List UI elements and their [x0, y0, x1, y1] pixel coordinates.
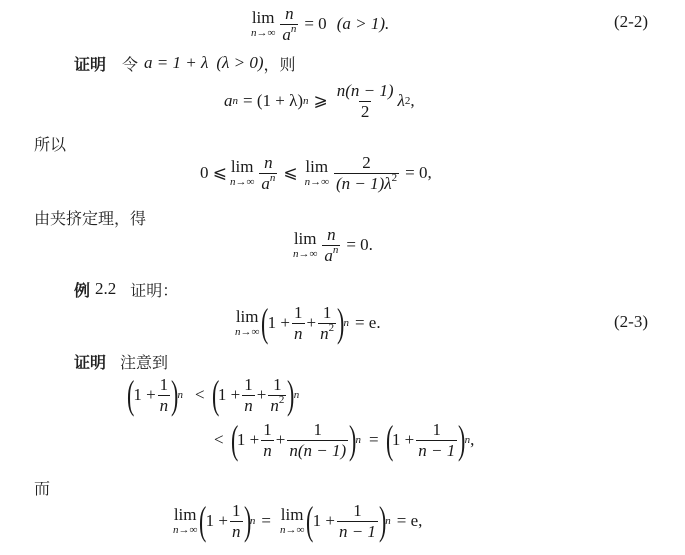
proof-label: 证明	[74, 52, 106, 75]
fraction: n(n − 1)2	[335, 82, 396, 121]
condition: (a > 1).	[337, 14, 390, 34]
equation-chain-line-2: < ( 1 + 1n + 1n(n − 1) )n = ( 1 + 1n − 1…	[214, 414, 474, 466]
text-therefore: 所以	[34, 132, 66, 155]
equation-2-2: limn→∞ nan = 0 (a > 1).	[248, 2, 389, 46]
example-2-2-heading: 例 2.2 证明：	[74, 278, 178, 300]
equation-final: limn→∞ ( 1 + 1n )n = limn→∞ ( 1 + 1n − 1…	[170, 494, 422, 548]
equation-binomial: an = (1 + λ)n ⩾ n(n − 1)2 λ2 ,	[224, 76, 415, 126]
equation-result: limn→∞ nan = 0.	[290, 222, 373, 268]
text-squeeze-theorem: 由夹挤定理，得	[34, 206, 146, 229]
equation-chain-line-1: ( 1 + 1n )n < ( 1 + 1n + 1n2 )n	[128, 370, 299, 420]
proof-label: 证明	[74, 350, 106, 373]
proof-2-intro: 证明 注意到	[74, 350, 168, 372]
fraction: nan	[280, 5, 298, 44]
text-whereas: 而	[34, 476, 50, 499]
limit-operator: limn→∞	[251, 9, 275, 39]
equation-squeeze: 0 ⩽ limn→∞ nan ⩽ limn→∞ 2(n − 1)λ2 = 0,	[200, 148, 432, 198]
equation-number-2-2: (2-2)	[614, 12, 648, 32]
equation-number-2-3: (2-3)	[614, 312, 648, 332]
example-label: 例	[74, 278, 90, 301]
equation-2-3: limn→∞ ( 1 + 1n + 1n2 )n = e.	[232, 296, 381, 350]
proof-1-intro: 证明 令 a = 1 + λ (λ > 0) ，则	[74, 52, 296, 74]
